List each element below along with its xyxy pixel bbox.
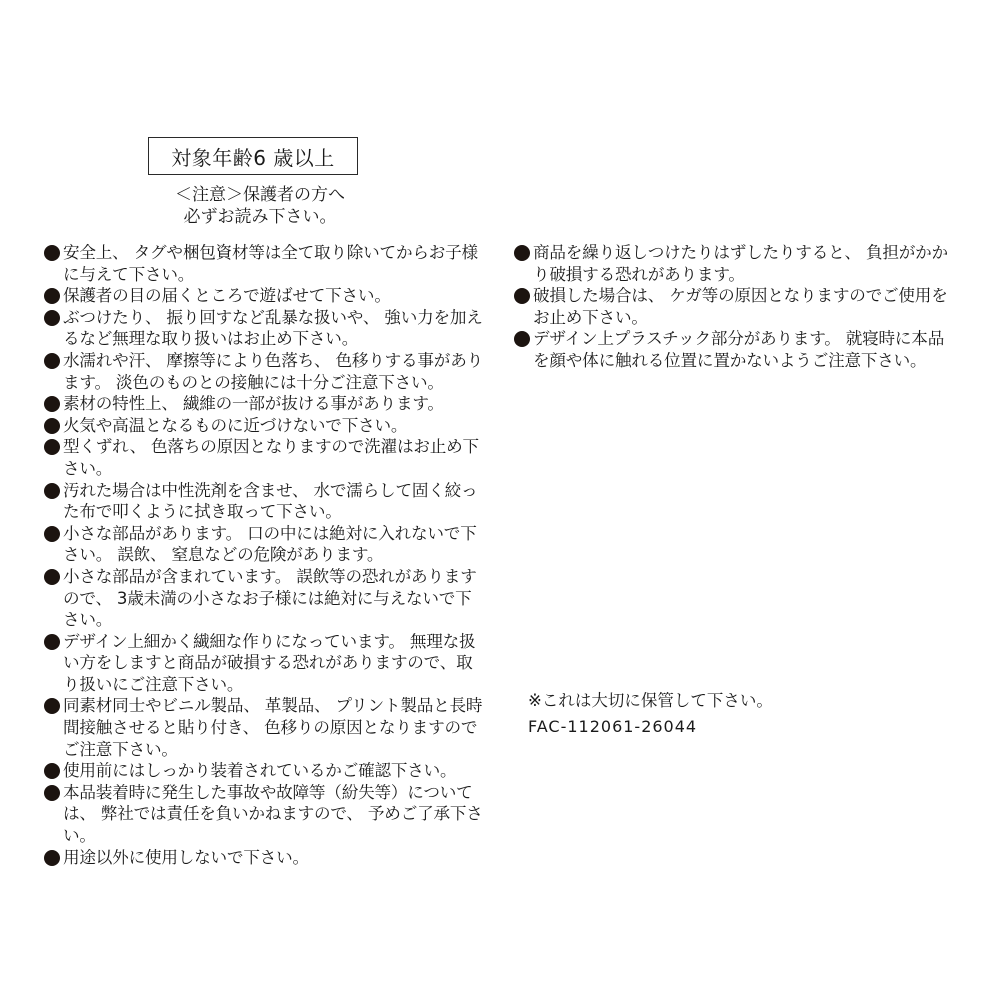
bullet-icon xyxy=(44,418,60,434)
bullet-icon xyxy=(44,785,60,801)
target-age-label: 対象年齢6 歳以上 xyxy=(171,142,335,171)
warning-item: 同素材同士やビニル製品、 革製品、 プリント製品と長時間接触させると貼り付き、 … xyxy=(44,695,484,760)
warning-item: ぶつけたり、 振り回すなど乱暴な扱いや、 強い力を加えるなど無理な取り扱いはお止… xyxy=(44,307,484,350)
warning-item: 素材の特性上、 繊維の一部が抜ける事があります。 xyxy=(44,393,484,415)
warning-item: 汚れた場合は中性洗剤を含ませ、 水で濡らして固く絞った布で叩くように拭き取って下… xyxy=(44,480,484,523)
bullet-icon xyxy=(44,310,60,326)
target-age-box: 対象年齢6 歳以上 xyxy=(148,137,358,175)
bullet-icon xyxy=(44,396,60,412)
bullet-icon xyxy=(44,439,60,455)
warning-item: デザイン上細かく繊細な作りになっています。 無理な扱い方をしますと商品が破損する… xyxy=(44,631,484,696)
warning-item: 商品を繰り返しつけたりはずしたりすると、 負担がかかり破損する恐れがあります。 xyxy=(514,242,954,285)
warnings-right-column: 商品を繰り返しつけたりはずしたりすると、 負担がかかり破損する恐れがあります。 … xyxy=(514,242,954,372)
bullet-icon xyxy=(514,245,530,261)
keep-note: ※これは大切に保管して下さい。 xyxy=(528,688,773,714)
product-code: FAC-112061-26044 xyxy=(528,714,773,740)
bullet-icon xyxy=(44,288,60,304)
warning-item: 使用前にはしっかり装着されているかご確認下さい。 xyxy=(44,760,484,782)
bullet-icon xyxy=(44,569,60,585)
bullet-icon xyxy=(44,634,60,650)
bullet-icon xyxy=(44,483,60,499)
footer-note: ※これは大切に保管して下さい。 FAC-112061-26044 xyxy=(528,688,773,740)
caution-header: ＜注意＞保護者の方へ 必ずお読み下さい。 xyxy=(155,184,365,228)
bullet-icon xyxy=(44,526,60,542)
warning-item: 水濡れや汗、 摩擦等により色落ち、 色移りする事があります。 淡色のものとの接触… xyxy=(44,350,484,393)
warning-item: 本品装着時に発生した事故や故障等（紛失等）については、 弊社では責任を負いかねま… xyxy=(44,782,484,847)
warning-item: 型くずれ、 色落ちの原因となりますので洗濯はお止め下さい。 xyxy=(44,436,484,479)
warning-item: 保護者の目の届くところで遊ばせて下さい。 xyxy=(44,285,484,307)
bullet-icon xyxy=(44,763,60,779)
warning-item: 破損した場合は、 ケガ等の原因となりますのでご使用をお止め下さい。 xyxy=(514,285,954,328)
caution-header-line2: 必ずお読み下さい。 xyxy=(155,206,365,228)
warning-item: 安全上、 タグや梱包資材等は全て取り除いてからお子様に与えて下さい。 xyxy=(44,242,484,285)
bullet-icon xyxy=(44,245,60,261)
bullet-icon xyxy=(44,850,60,866)
bullet-icon xyxy=(514,331,530,347)
warning-item: 火気や高温となるものに近づけないで下さい。 xyxy=(44,415,484,437)
bullet-icon xyxy=(44,698,60,714)
warning-item: デザイン上プラスチック部分があります。 就寝時に本品を顔や体に触れる位置に置かな… xyxy=(514,328,954,371)
warning-item: 小さな部品があります。 口の中には絶対に入れないで下さい。 誤飲、 窒息などの危… xyxy=(44,523,484,566)
bullet-icon xyxy=(44,353,60,369)
warning-item: 小さな部品が含まれています。 誤飲等の恐れがありますので、 3歳未満の小さなお子… xyxy=(44,566,484,631)
bullet-icon xyxy=(514,288,530,304)
warnings-left-column: 安全上、 タグや梱包資材等は全て取り除いてからお子様に与えて下さい。 保護者の目… xyxy=(44,242,484,868)
warning-item: 用途以外に使用しないで下さい。 xyxy=(44,847,484,869)
caution-header-line1: ＜注意＞保護者の方へ xyxy=(155,184,365,206)
